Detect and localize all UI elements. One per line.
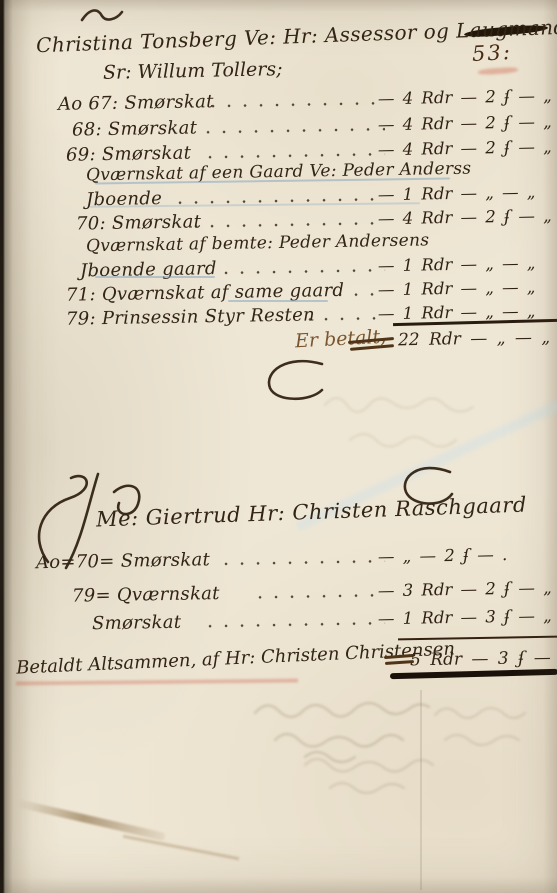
row-label: 79= Qværnskat [72, 583, 220, 607]
dotted-leader [188, 221, 385, 228]
row-label: 70: Smørskat [76, 211, 202, 234]
dotted-leader [252, 593, 385, 599]
row-amount: — 1 Rdr — „ — „ [378, 277, 556, 299]
dotted-leader [205, 101, 385, 108]
section1-total-amount: 22 Rdr — „ — „ [398, 328, 550, 351]
red-smudge [478, 67, 518, 76]
brown-scratch [16, 799, 166, 841]
red-underline [16, 679, 298, 686]
row-label: Ao 67: Smørskat [58, 91, 214, 115]
row-amount: — 4 Rdr — 2 ʄ — „ [378, 206, 556, 228]
ledger-row: Smørskat — 1 Rdr — 3 ʄ — „ [0, 605, 557, 639]
row-amount: — 3 Rdr — 2 ʄ — „ [378, 578, 556, 600]
dotted-leader [202, 621, 385, 628]
pen-flourish [262, 356, 328, 406]
row-label: 79: Prinsessin Styr Resten [66, 304, 315, 329]
row-amount: — „ — 2 ʄ — . [378, 544, 556, 566]
brown-scratch [123, 835, 239, 860]
bleedthrough-text [430, 700, 540, 764]
row-label: Ao=70= Smørskat [36, 549, 210, 573]
row-amount: — 1 Rdr — 3 ʄ — „ [378, 606, 556, 628]
folio-number: 53: [471, 40, 512, 66]
row-label: 69: Smørskat [66, 143, 192, 166]
row-amount: — 1 Rdr — „ — „ [378, 182, 556, 204]
dotted-leader [218, 268, 385, 275]
row-label: Smørskat [92, 612, 182, 635]
row-amount: — 4 Rdr — 2 ʄ — „ [378, 112, 556, 134]
section1-heading-line2: Sr: Willum Tollers; [103, 58, 283, 84]
blue-underline [95, 276, 215, 278]
manuscript-page: 53: Christina Tonsberg Ve: Hr: Assessor … [0, 0, 557, 893]
total-rule-below [390, 669, 557, 679]
bleedthrough-text [300, 750, 450, 804]
pen-flourish [80, 6, 124, 24]
dotted-leader [302, 316, 385, 321]
bleedthrough-text [320, 385, 520, 474]
blue-underline [228, 300, 328, 302]
row-label: 68: Smørskat [72, 117, 198, 140]
dotted-leader [218, 559, 385, 566]
section2-total-amount: 5 Rdr — 3 ʄ — „ [410, 648, 557, 671]
dotted-leader [200, 127, 385, 134]
row-amount: — 1 Rdr — „ — „ [378, 253, 556, 275]
dotted-leader [202, 152, 385, 159]
row-amount: — 4 Rdr — 2 ʄ — „ [378, 86, 556, 108]
paper-crease [420, 690, 422, 890]
row-amount: — 4 Rdr — 2 ʄ — „ [378, 137, 556, 159]
